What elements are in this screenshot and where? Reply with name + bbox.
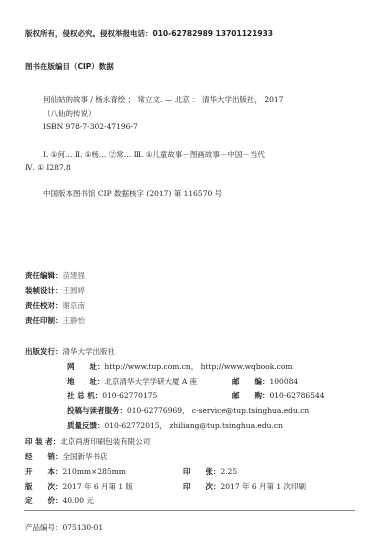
- cip-heading: 图书在版编目（CIP）数据: [25, 61, 114, 72]
- staff-label: 责任编辑：: [25, 271, 63, 280]
- cip-subjects-line1: Ⅰ. ①何… Ⅱ. ①杨… ②常… Ⅲ. ①儿童故事－图画故事－中国－当代: [43, 149, 265, 160]
- staff-editor: 责任编辑：苗建强: [25, 270, 85, 281]
- staff-value: 王静怡: [63, 316, 86, 325]
- website-label: 网 址：: [67, 362, 105, 371]
- cip-isbn: ISBN 978-7-302-47196-7: [43, 122, 138, 131]
- switchboard-value: 010-62770175: [102, 391, 157, 400]
- price-label: 定 价：: [25, 496, 63, 505]
- website-value: http://www.tup.com.cn， http://www.wqbook…: [105, 362, 293, 371]
- staff-designer: 装帧设计：王圆婷: [25, 285, 85, 296]
- address-value: 北京清华大学学研大厦 A 座: [105, 377, 198, 386]
- printing-value: 2017 年 6 月第 1 次印刷: [221, 482, 307, 491]
- publisher-label: 出版发行：: [25, 347, 63, 356]
- switchboard-line: 社 总 机：010-62770175: [67, 390, 157, 401]
- submission-label: 投稿与读者服务：: [67, 406, 127, 415]
- staff-value: 王圆婷: [63, 286, 86, 295]
- publisher-line: 出版发行：清华大学出版社: [25, 346, 115, 357]
- distributor-line: 经 销：全国新华书店: [25, 451, 108, 462]
- format-value: 210mm×285mm: [63, 467, 126, 476]
- staff-value: 苗建强: [63, 271, 86, 280]
- sheets-line: 印 张：2.25: [183, 466, 237, 477]
- staff-value: 谢京南: [63, 301, 86, 310]
- staff-label: 责任校对：: [25, 301, 63, 310]
- feedback-line: 质量反馈：010-62772015， zhiliang@tup.tsinghua…: [67, 420, 283, 431]
- printer-label: 印 装 者：: [25, 437, 60, 446]
- mailorder-value: 010-62786544: [270, 391, 325, 400]
- feedback-label: 质量反馈：: [67, 421, 105, 430]
- address-label: 地 址：: [67, 377, 105, 386]
- format-line: 开 本：210mm×285mm: [25, 466, 126, 477]
- copyright-notice: 版权所有，侵权必究。侵权举报电话：010-62782989 1370112193…: [25, 28, 273, 39]
- cip-record-number: 中国版本图书馆 CIP 数据核字 (2017) 第 116570 号: [43, 188, 222, 199]
- staff-label: 装帧设计：: [25, 286, 63, 295]
- mailorder-label: 邮 购：: [232, 391, 270, 400]
- staff-label: 责任印制：: [25, 316, 63, 325]
- format-label: 开 本：: [25, 467, 63, 476]
- edition-line: 版 次：2017 年 6 月第 1 版: [25, 481, 133, 492]
- edition-value: 2017 年 6 月第 1 版: [63, 482, 134, 491]
- publisher-name: 清华大学出版社: [63, 347, 116, 356]
- staff-print-manager: 责任印制：王静怡: [25, 315, 85, 326]
- postcode-line: 邮 编：100084: [232, 376, 298, 387]
- submission-line: 投稿与读者服务：010-62776969， c-service@tup.tsin…: [67, 405, 309, 416]
- printer-line: 印 装 者：北京尚唐印刷包装有限公司: [25, 436, 150, 447]
- product-code: 产品编号：075130-01: [25, 522, 103, 533]
- postcode-label: 邮 编：: [232, 377, 270, 386]
- website-line: 网 址：http://www.tup.com.cn， http://www.wq…: [67, 361, 292, 372]
- divider: [24, 510, 355, 511]
- feedback-value: 010-62772015， zhiliang@tup.tsinghua.edu.…: [105, 421, 283, 430]
- distributor-label: 经 销：: [25, 452, 63, 461]
- mailorder-line: 邮 购：010-62786544: [232, 390, 325, 401]
- cip-title-line: 何仙姑的故事 / 杨永青绘 ； 常立文. — 北京 ： 清华大学出版社， 201…: [43, 94, 283, 105]
- edition-label: 版 次：: [25, 482, 63, 491]
- cip-subjects-line2: Ⅳ. ① I287.8: [25, 163, 71, 172]
- submission-value: 010-62776969， c-service@tup.tsinghua.edu…: [127, 406, 309, 415]
- price-value: 40.00 元: [63, 496, 94, 505]
- printing-line: 印 次：2017 年 6 月第 1 次印刷: [183, 481, 306, 492]
- printer-value: 北京尚唐印刷包装有限公司: [60, 437, 150, 446]
- sheets-label: 印 张：: [183, 467, 221, 476]
- switchboard-label: 社 总 机：: [67, 391, 102, 400]
- postcode-value: 100084: [270, 377, 299, 386]
- distributor-value: 全国新华书店: [63, 452, 108, 461]
- price-line: 定 价：40.00 元: [25, 495, 94, 506]
- cip-series: （八仙的传说）: [43, 108, 96, 119]
- sheets-value: 2.25: [221, 467, 238, 476]
- staff-proofreader: 责任校对：谢京南: [25, 300, 85, 311]
- address-line: 地 址：北京清华大学学研大厦 A 座: [67, 376, 197, 387]
- printing-label: 印 次：: [183, 482, 221, 491]
